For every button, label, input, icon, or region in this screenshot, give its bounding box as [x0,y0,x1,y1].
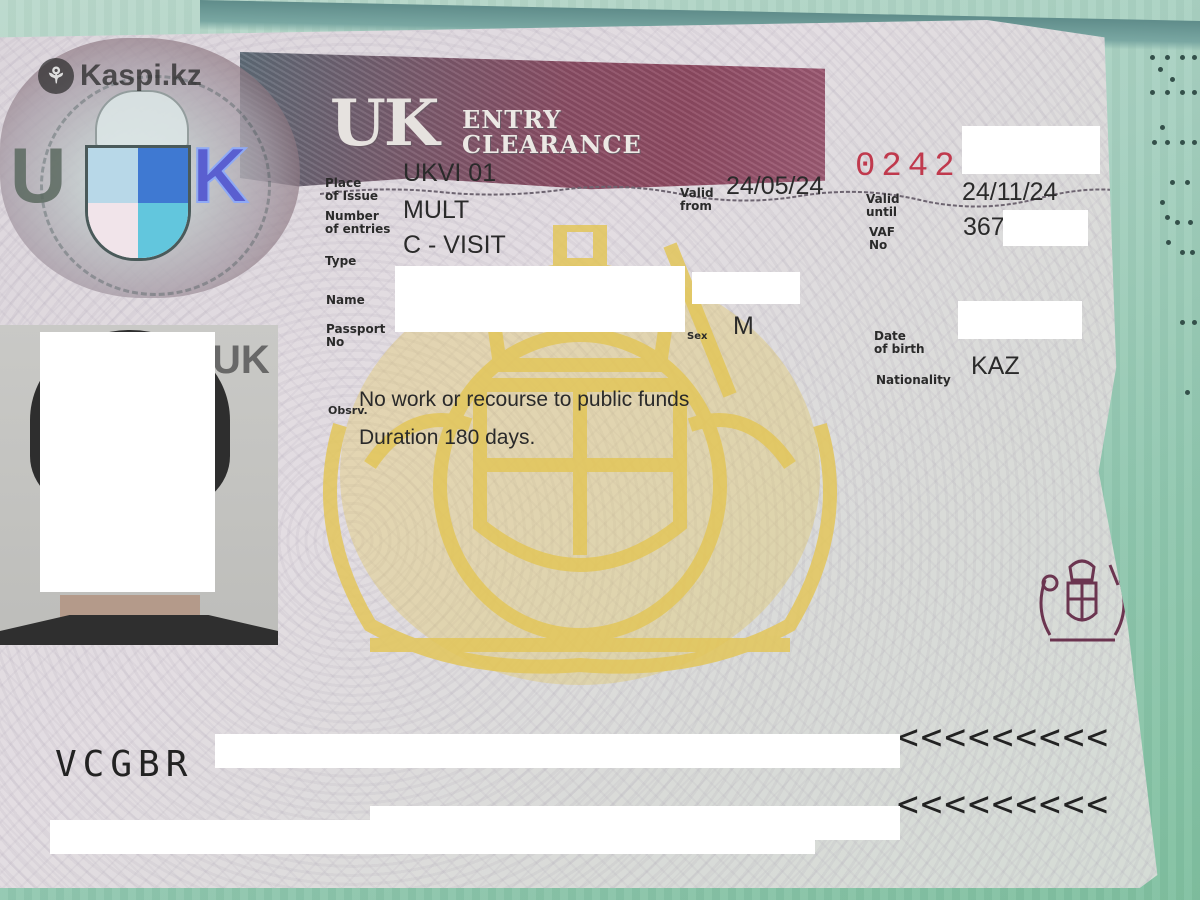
perforation-dot [1188,220,1193,225]
kaspi-logo-icon: ⚘ [38,58,74,94]
perforation-dot [1185,180,1190,185]
visa-serial-number: 0242 [855,148,961,186]
label-date-of-birth: Date of birth [874,330,925,356]
title-uk: UK [330,92,437,156]
redaction-vaf [1003,210,1088,246]
title-line-entry: ENTRY [462,107,642,132]
perforation-dot [1150,90,1155,95]
redaction-serial [962,126,1100,174]
perforation-dot [1152,140,1157,145]
label-place-of-issue: Place of Issue [325,177,378,203]
perforation-dot [1185,390,1190,395]
perforation-dot [1170,77,1175,82]
mrz-line-2-filler: <<<<<<<<< [897,787,1110,823]
observation-line-1: No work or recourse to public funds [359,380,689,420]
perforation-dot [1180,250,1185,255]
perforation-dot [1192,90,1197,95]
perforation-dot [1192,140,1197,145]
perforation-dot [1150,55,1155,60]
value-valid-until: 24/11/24 [962,180,1057,205]
value-valid-from: 24/05/24 [726,174,823,199]
perforation-dot [1192,55,1197,60]
title-line-clearance: CLEARANCE [462,132,642,157]
value-type: C - VISIT [403,233,506,258]
kaspi-watermark: ⚘ Kaspi.kz [38,58,202,94]
visa-sticker: U K ⚘ Kaspi.kz UK ENTRY CLEARANCE 0242 [0,20,1175,888]
label-number-of-entries: Number of entries [325,210,390,236]
perforation-dot [1160,200,1165,205]
value-number-of-entries: MULT [403,198,469,223]
perforation-dot [1190,250,1195,255]
value-nationality: KAZ [971,354,1020,379]
observation-line-2: Duration 180 days. [359,418,535,458]
redaction-face [40,332,215,592]
crown-icon [95,90,189,149]
perforation-dot [1165,90,1170,95]
perforation-dot [1180,320,1185,325]
redaction-name-2 [692,272,800,304]
redaction-mrz-2b [50,820,815,854]
photo-overlay-uk: UK [212,338,270,383]
perforation-dot [1166,240,1171,245]
value-sex: M [733,314,754,339]
perforation-dot [1165,140,1170,145]
perforation-dot [1180,55,1185,60]
perforation-dot [1180,140,1185,145]
redaction-name [395,266,685,332]
label-nationality: Nationality [876,374,951,387]
label-valid-until: Valid until [866,193,900,219]
value-vaf-no: 367 [963,215,1005,240]
perforation-dot [1175,220,1180,225]
perforation-dot [1192,320,1197,325]
label-valid-from: Valid from [680,187,714,213]
perforation-dot [1180,90,1185,95]
label-passport-no: Passport No [326,323,385,349]
label-sex: Sex [687,330,707,343]
perforation-dot [1158,67,1163,72]
mrz-line-1-filler: <<<<<<<<< [897,720,1110,756]
perforation-dot [1165,215,1170,220]
label-vaf-no: VAF No [869,226,895,252]
title-entry-clearance: ENTRY CLEARANCE [462,107,642,157]
mrz-line-1-prefix: VCGBR [55,747,193,783]
royal-shield-icon [85,145,191,261]
perforation-dot [1165,55,1170,60]
value-place-of-issue: UKVI 01 [403,161,496,186]
redaction-mrz-1 [215,734,900,768]
redaction-dob [958,301,1082,339]
perforation-dot [1160,125,1165,130]
perforation-dot [1170,180,1175,185]
label-type: Type [325,255,356,268]
hologram-letter-k: K [192,130,248,221]
hologram-letter-u: U [10,130,66,221]
watermark-text: Kaspi.kz [80,59,202,93]
label-name: Name [326,294,365,307]
